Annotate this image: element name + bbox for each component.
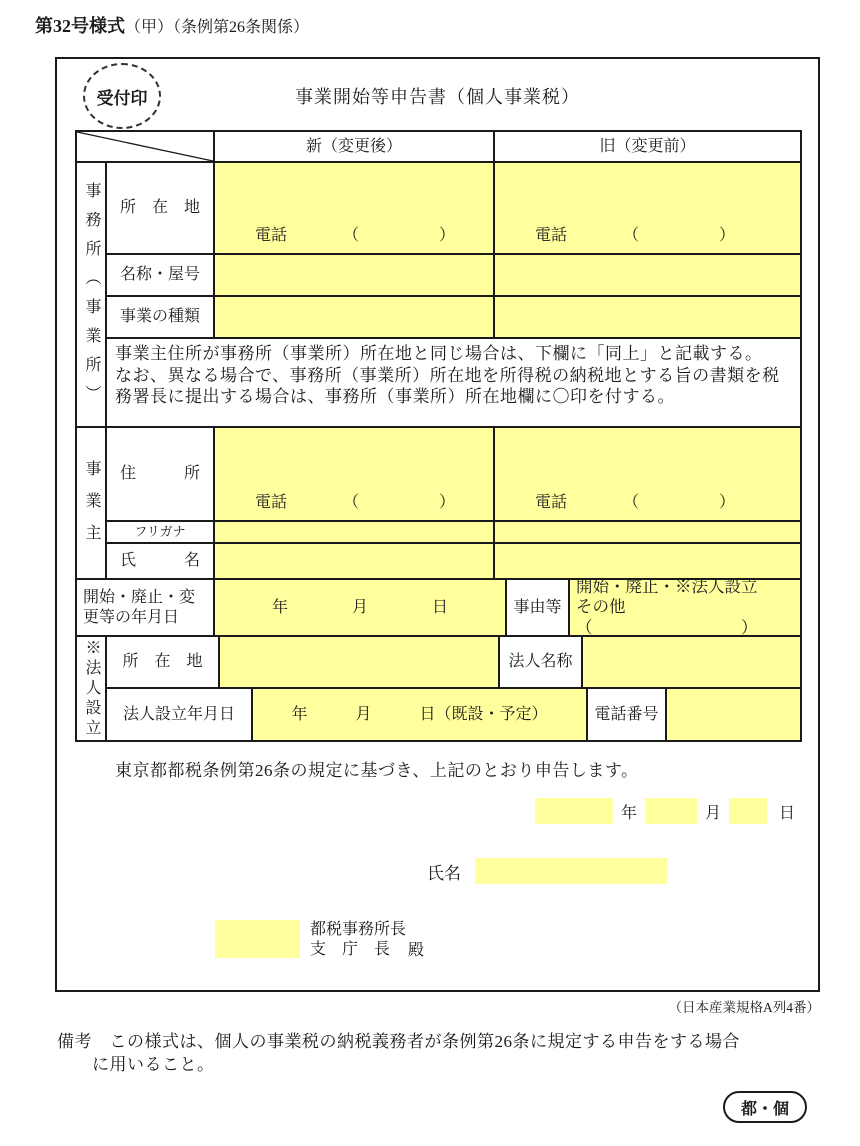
column-header-new: 新（変更後） (214, 131, 494, 162)
corp-name-label: 法人名称 (499, 636, 582, 688)
office-note-cell: 事業主住所が事務所（事業所）所在地と同じ場合は、下欄に「同上」と記載する。 なお… (106, 338, 801, 427)
change-date-label: 開始・廃止・変更等の年月日 (76, 579, 214, 636)
corp-group-label: ※法人設立 (76, 636, 106, 741)
recipient-title-line1: 都税事務所長 (310, 920, 406, 940)
owner-address-new-field[interactable]: 電話 （ ） (214, 427, 494, 521)
form-category-badge: 都・個 (723, 1091, 807, 1123)
owner-name-new-field[interactable] (214, 543, 494, 579)
office-location-old-field[interactable]: 電話 （ ） (494, 162, 801, 254)
declarant-name-field[interactable] (475, 858, 667, 884)
jis-standard-note: （日本産業規格A列4番） (669, 996, 821, 1016)
furigana-old-field[interactable] (494, 521, 801, 543)
phone-line: 電話 （ ） (535, 226, 735, 246)
recipient-titles: 都税事務所長 支 庁 長 (310, 920, 406, 960)
form-outer-box: 受付印 事業開始等申告書（個人事業税） 新（変更後） 旧（変更前） 事務所（事業… (55, 57, 820, 992)
declarant-name-label: 氏名 (427, 859, 461, 884)
phone-line: 電話 （ ） (535, 493, 735, 513)
declaration-date-row: 年 月 日 (535, 798, 795, 824)
owner-name-label: 氏 名 (106, 543, 214, 579)
form-number-main: 第32号様式 (35, 16, 125, 36)
remark-block: 備考 この様式は、個人の事業税の納税義務者が条例第26条に規定する申告をする場合… (57, 1030, 740, 1076)
declaration-text: 東京都都税条例第26条の規定に基づき、上記のとおり申告します。 (115, 756, 638, 781)
office-location-new-field[interactable]: 電話 （ ） (214, 162, 494, 254)
corp-phone-label: 電話番号 (587, 688, 666, 741)
furigana-new-field[interactable] (214, 521, 494, 543)
corp-name-field[interactable] (582, 636, 801, 688)
recipient-row: 都税事務所長 支 庁 長 殿 (215, 920, 424, 960)
corp-phone-field[interactable] (666, 688, 801, 741)
recipient-title-line2: 支 庁 長 (310, 940, 406, 960)
recipient-office-field[interactable] (215, 920, 300, 958)
corp-est-date-label: 法人設立年月日 (106, 688, 252, 741)
furigana-label: フリガナ (106, 521, 214, 543)
day-unit-label: 日 (779, 800, 795, 823)
header-diagonal-cell (76, 131, 214, 162)
day-input-field[interactable] (729, 798, 767, 824)
office-name-label: 名称・屋号 (106, 254, 214, 296)
month-unit-label: 月 (705, 800, 721, 823)
phone-line: 電話 （ ） (255, 493, 455, 513)
corp-est-date-field[interactable]: 年 月 日（既設・予定） (252, 688, 587, 741)
form-number-suffix: （甲）（条例第26条関係） (125, 19, 309, 36)
corp-location-field[interactable] (219, 636, 499, 688)
owner-group-label: 事業主 (76, 427, 106, 579)
diagonal-line-icon (77, 132, 213, 161)
form-number: 第32号様式（甲）（条例第26条関係） (35, 12, 309, 38)
form-table: 新（変更後） 旧（変更前） 事務所（事業所） 所 在 地 電話 （ ） 電話 （… (75, 130, 802, 742)
business-kind-new-field[interactable] (214, 296, 494, 338)
form-page: 第32号様式（甲）（条例第26条関係） 受付印 事業開始等申告書（個人事業税） … (0, 0, 860, 1146)
change-date-field[interactable]: 年 月 日 (214, 579, 506, 636)
month-input-field[interactable] (645, 798, 697, 824)
corp-location-label: 所 在 地 (106, 636, 219, 688)
office-note-line1: 事業主住所が事務所（事業所）所在地と同じ場合は、下欄に「同上」と記載する。 (115, 343, 792, 365)
owner-name-old-field[interactable] (494, 543, 801, 579)
office-note-line2: なお、異なる場合で、事務所（事業所）所在地を所得税の納税地とする旨の書類を税務署… (115, 365, 792, 408)
office-name-new-field[interactable] (214, 254, 494, 296)
phone-line: 電話 （ ） (255, 226, 455, 246)
business-kind-label: 事業の種類 (106, 296, 214, 338)
office-location-label: 所 在 地 (106, 162, 214, 254)
reason-line1: 開始・廃止・※法人設立 (576, 577, 794, 598)
office-group-label: 事務所（事業所） (76, 162, 106, 427)
remark-line1: 備考 この様式は、個人の事業税の納税義務者が条例第26条に規定する申告をする場合 (57, 1030, 740, 1053)
business-kind-old-field[interactable] (494, 296, 801, 338)
declarant-name-row: 氏名 (427, 858, 667, 884)
owner-address-old-field[interactable]: 電話 （ ） (494, 427, 801, 521)
recipient-honorific: 殿 (408, 937, 424, 960)
year-unit-label: 年 (621, 800, 637, 823)
reason-field[interactable]: 開始・廃止・※法人設立 その他（ ） (569, 579, 801, 636)
reason-line2: その他（ ） (576, 597, 794, 638)
form-title: 事業開始等申告書（個人事業税） (57, 83, 818, 109)
remark-line2: に用いること。 (57, 1053, 740, 1076)
owner-address-label: 住 所 (106, 427, 214, 521)
year-input-field[interactable] (535, 798, 613, 824)
reason-label: 事由等 (506, 579, 569, 636)
office-name-old-field[interactable] (494, 254, 801, 296)
column-header-old: 旧（変更前） (494, 131, 801, 162)
